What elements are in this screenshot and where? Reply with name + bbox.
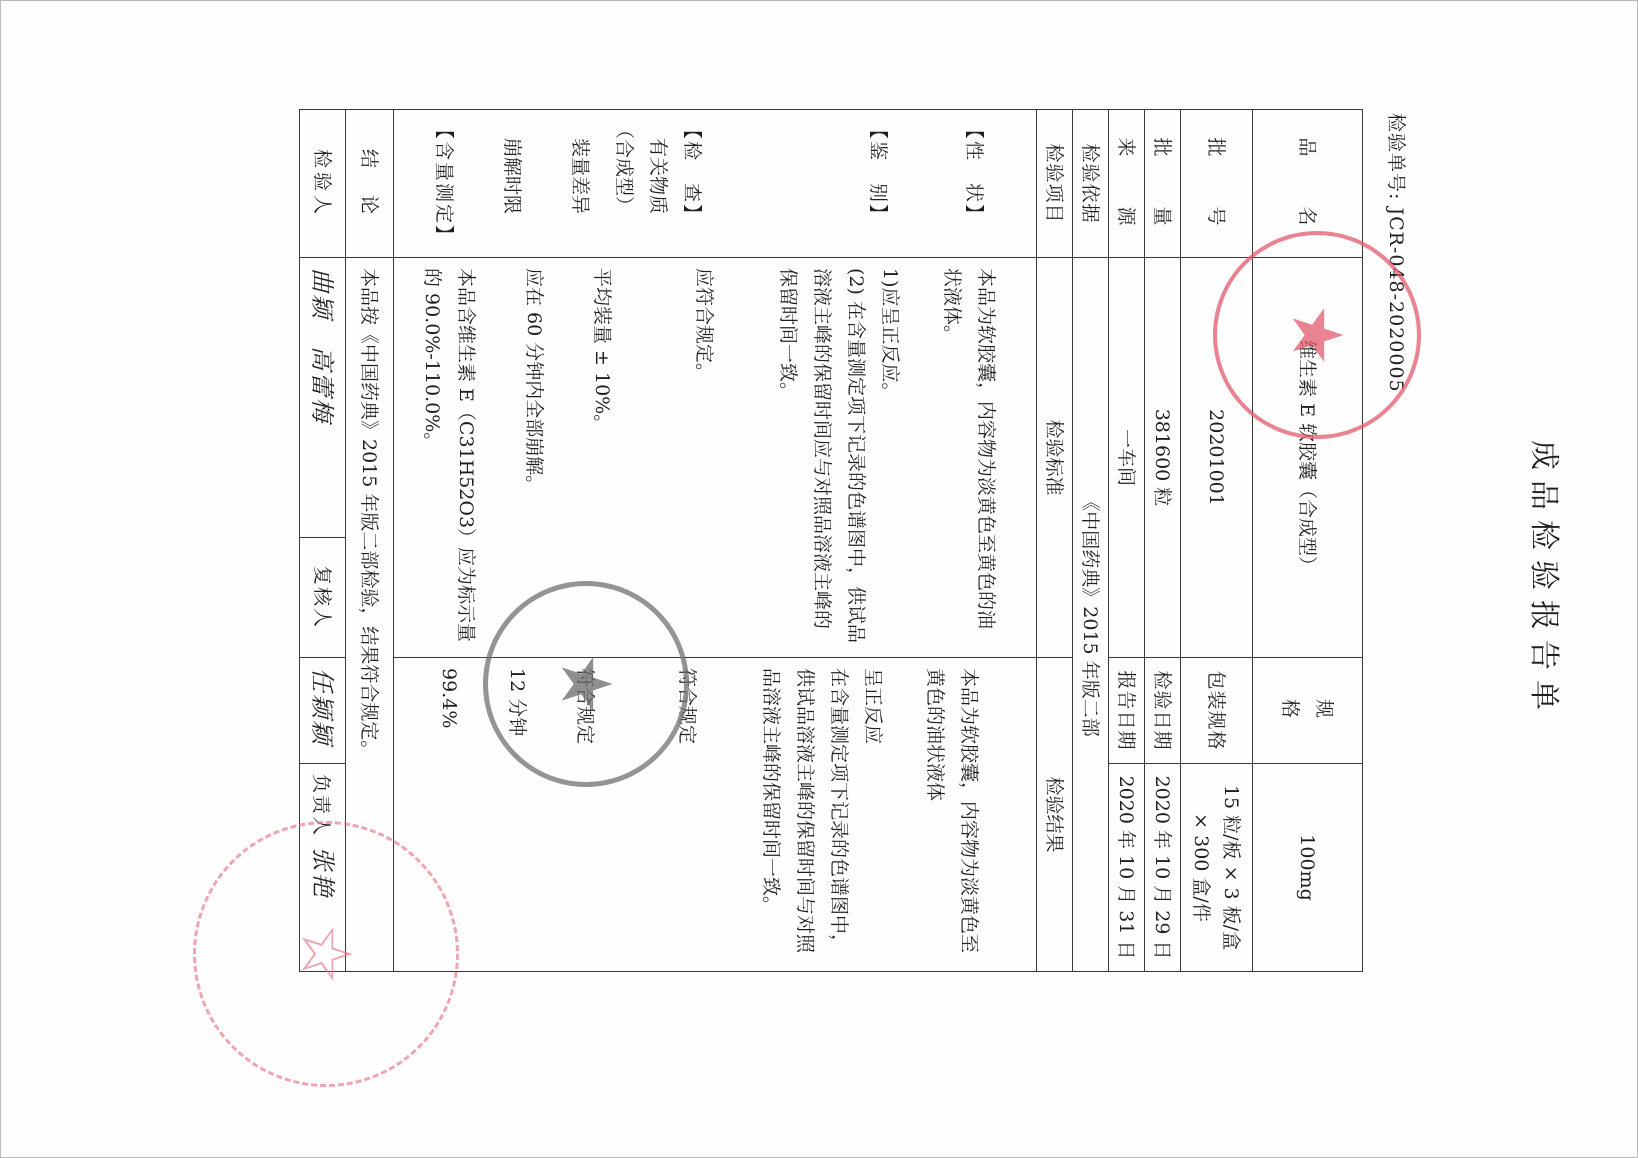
test-items-row: 【性 状】 【鉴 别】 【检 查】 有关物质 （合成型） 装量差异 崩解时限 【…: [394, 110, 1037, 972]
manager-label: 负责人: [311, 774, 333, 837]
report-date-label: 报告日期: [1109, 658, 1145, 764]
item-related-substances-type: （合成型）: [597, 120, 641, 247]
manager-signature: 张艳: [310, 847, 338, 899]
test-date-label: 检验日期: [1145, 658, 1181, 764]
item-assay: 【含量测定】: [427, 120, 461, 247]
standard-disintegration: 应在 60 分钟内全部崩解。: [483, 268, 551, 647]
batch-no-value: 20201001: [1181, 258, 1253, 658]
item-column-header: 检验项目: [1037, 110, 1073, 258]
standard-identification-2: (2) 在含量测定项下记录的色谱图中，供试品溶液主峰的保留时间应与对照品溶液主峰…: [721, 268, 873, 647]
row-items-header: 检验项目 检验标准 检验结果: [1037, 110, 1073, 972]
report-page: 成品检验报告单 检验单号: JCR-048-2020005 品 名 维生素 E …: [1, 1, 1638, 1158]
product-name-label: 品 名: [1253, 110, 1363, 258]
spec-value: 100mg: [1253, 764, 1363, 972]
package-label: 包装规格: [1181, 658, 1253, 764]
reviewer-label: 复核人: [300, 538, 346, 658]
result-fill-variation: 符合规定: [534, 668, 602, 961]
result-identification-1: 呈正反应: [856, 668, 890, 961]
conclusion-label: 结 论: [346, 110, 394, 258]
item-related-substances: 有关物质: [641, 120, 675, 247]
row-basis: 检验依据 《中国药典》2015 年版二部: [1073, 110, 1109, 972]
conclusion-text: 本品按《中国药典》2015 年版二部检验，结果符合规定。: [346, 258, 394, 972]
basis-value: 《中国药典》2015 年版二部: [1073, 258, 1109, 972]
report-date-value: 2020 年 10 月 31 日: [1109, 764, 1145, 972]
row-source: 来 源 一车间 报告日期 2020 年 10 月 31 日: [1109, 110, 1145, 972]
report-title: 成品检验报告单: [1525, 1, 1569, 1158]
item-appearance: 【性 状】: [895, 120, 991, 247]
item-checks: 【检 查】: [675, 120, 709, 247]
standards-cell: 本品为软胶囊，内容物为淡黄色至黄色的油状液体。 1)应呈正反应。 (2) 在含量…: [394, 258, 1037, 658]
inspector-label: 检验人: [300, 110, 346, 258]
row-conclusion: 结 论 本品按《中国药典》2015 年版二部检验，结果符合规定。: [346, 110, 394, 972]
standard-fill-variation: 平均装量 ± 10%。: [551, 268, 619, 647]
product-name-value: 维生素 E 软胶囊（合成型）: [1253, 258, 1363, 658]
standard-identification-1: 1)应呈正反应。: [873, 268, 907, 647]
quantity-value: 381600 粒: [1145, 258, 1181, 658]
results-cell: 本品为软胶囊，内容物为淡黄色至黄色的油状液体 呈正反应 在含量测定项下记录的色谱…: [394, 658, 1037, 972]
basis-label: 检验依据: [1073, 110, 1109, 258]
standard-assay: 本品含维生素 E（C31H52O3）应为标示量的 90.0%-110.0%。: [415, 268, 483, 647]
item-names-cell: 【性 状】 【鉴 别】 【检 查】 有关物质 （合成型） 装量差异 崩解时限 【…: [394, 110, 1037, 258]
source-value: 一车间: [1109, 258, 1145, 658]
row-quantity: 批 量 381600 粒 检验日期 2020 年 10 月 29 日: [1145, 110, 1181, 972]
quantity-label: 批 量: [1145, 110, 1181, 258]
source-label: 来 源: [1109, 110, 1145, 258]
item-identification: 【鉴 别】: [709, 120, 895, 247]
standard-column-header: 检验标准: [1037, 258, 1073, 658]
item-disintegration: 崩解时限: [461, 120, 529, 247]
result-identification-2: 在含量测定项下记录的色谱图中，供试品溶液主峰的保留时间与对照品溶液主峰的保留时间…: [704, 668, 856, 961]
result-appearance: 本品为软胶囊，内容物为淡黄色至黄色的油状液体: [890, 668, 986, 961]
scanned-page: 成品检验报告单 检验单号: JCR-048-2020005 品 名 维生素 E …: [0, 0, 1638, 1158]
result-disintegration: 12 分钟: [466, 668, 534, 961]
inspector-signature: 曲颖 高蕾梅: [300, 258, 346, 538]
report-number-label: 检验单号:: [1385, 113, 1407, 200]
report-number: 检验单号: JCR-048-2020005: [1384, 113, 1411, 393]
row-batch: 批 号 20201001 包装规格 15 粒/板 × 3 板/盒 × 300 盒…: [1181, 110, 1253, 972]
package-value: 15 粒/板 × 3 板/盒 × 300 盒/件: [1181, 764, 1253, 972]
row-signatures: 检验人 曲颖 高蕾梅 复核人 任颖颖 负责人 张艳: [300, 110, 346, 972]
result-assay: 99.4%: [432, 668, 466, 961]
standard-appearance: 本品为软胶囊，内容物为淡黄色至黄色的油状液体。: [907, 268, 1003, 647]
report-number-value: JCR-048-2020005: [1385, 207, 1407, 392]
result-related-substances: 符合规定: [602, 668, 704, 961]
test-date-value: 2020 年 10 月 29 日: [1145, 764, 1181, 972]
standard-related-substances: 应符合规定。: [619, 268, 721, 647]
spec-label: 规 格: [1253, 658, 1363, 764]
result-column-header: 检验结果: [1037, 658, 1073, 972]
batch-no-label: 批 号: [1181, 110, 1253, 258]
item-fill-variation: 装量差异: [529, 120, 597, 247]
inspection-table: 品 名 维生素 E 软胶囊（合成型） 规 格 100mg 批 号 2020100…: [299, 109, 1363, 972]
row-product-name: 品 名 维生素 E 软胶囊（合成型） 规 格 100mg: [1253, 110, 1363, 972]
manager-block: 负责人 张艳: [300, 764, 346, 972]
reviewer-signature: 任颖颖: [300, 658, 346, 764]
